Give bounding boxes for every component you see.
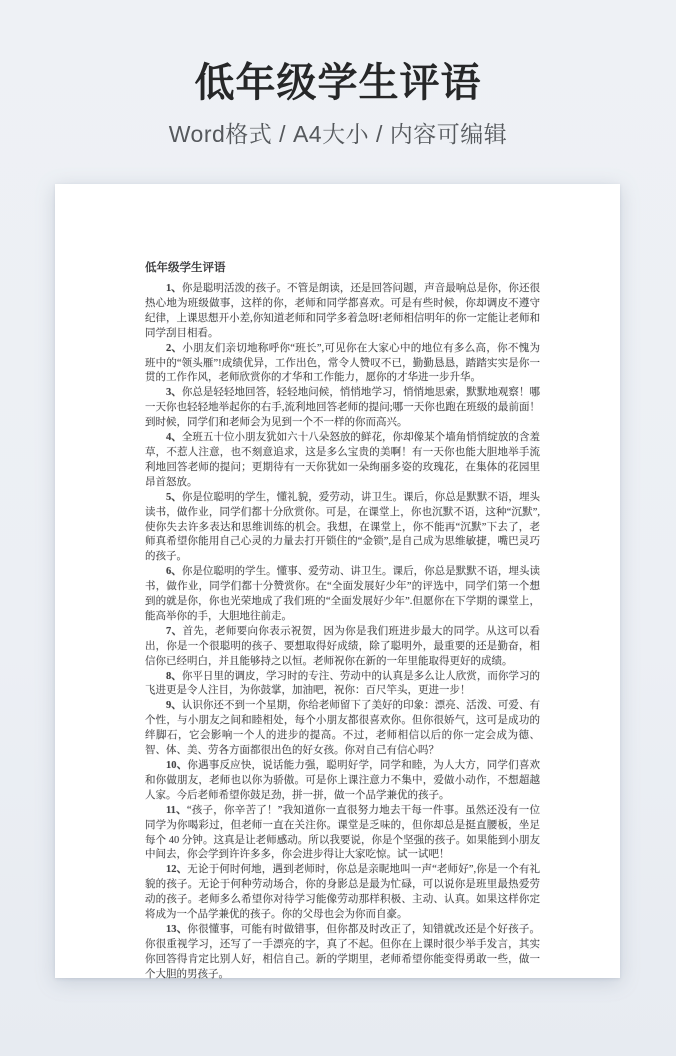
document-paragraph: 7、首先，老师要向你表示祝贺，因为你是我们班进步最大的同学。从这可以看出，你是一… [145,625,540,670]
document-paragraph: 10、你遇事反应快，说话能力强，聪明好学，同学和睦，为人大方，同学们喜欢和你做朋… [145,759,540,804]
document-paragraph: 4、全班五十位小朋友犹如六十八朵怒放的鲜花，你却像某个墙角悄悄绽放的含羞草，不惹… [145,431,540,491]
document-paragraph: 6、你是位聪明的学生。懂事、爱劳动、讲卫生。课后，你总是默默不语，埋头读书，做作… [145,565,540,625]
document-paragraph: 11、“孩子，你辛苦了！”我知道你一直很努力地去干每一件事。虽然还没有一位同学为… [145,804,540,864]
document-paragraph: 2、小朋友们亲切地称呼你“班长”,可见你在大家心中的地位有多么高，你不愧为班中的… [145,342,540,387]
document-paragraph: 9、认识你还不到一个星期，你给老师留下了美好的印象：漂亮、活泼、可爱、有个性，与… [145,699,540,759]
document-paragraph: 13、你很懂事，可能有时做错事，但你都及时改正了，知错就改还是个好孩子。你很重视… [145,923,540,983]
page-header: 低年级学生评语 Word格式 / A4大小 / 内容可编辑 [0,0,676,148]
page-subtitle: Word格式 / A4大小 / 内容可编辑 [0,106,676,148]
page-title: 低年级学生评语 [0,0,676,106]
document-body: 1、你是聪明活泼的孩子。不管是朗读，还是回答问题，声音最响总是你，你还很热心地为… [145,282,540,983]
document-preview-sheet: 低年级学生评语 1、你是聪明活泼的孩子。不管是朗读，还是回答问题，声音最响总是你… [55,184,620,978]
document-paragraph: 5、你是位聪明的学生，懂礼貌，爱劳动，讲卫生。课后，你总是默默不语，埋头读书，做… [145,491,540,566]
document-title: 低年级学生评语 [145,261,540,276]
document-paragraph: 3、你总是轻轻地回答，轻轻地问候，悄悄地学习，悄悄地思索，默默地观察！哪一天你也… [145,386,540,431]
document-paragraph: 1、你是聪明活泼的孩子。不管是朗读，还是回答问题，声音最响总是你，你还很热心地为… [145,282,540,342]
template-preview-page: { "page": { "background_color": "#edf0f5… [0,0,676,1056]
document-paragraph: 12、无论于何时何地，遇到老师时，你总是亲昵地叫一声“老师好”,你是一个有礼貌的… [145,863,540,923]
document-paragraph: 8、你平日里的调皮，学习时的专注、劳动中的认真是多么让人欣赏，而你学习的飞进更是… [145,670,540,700]
